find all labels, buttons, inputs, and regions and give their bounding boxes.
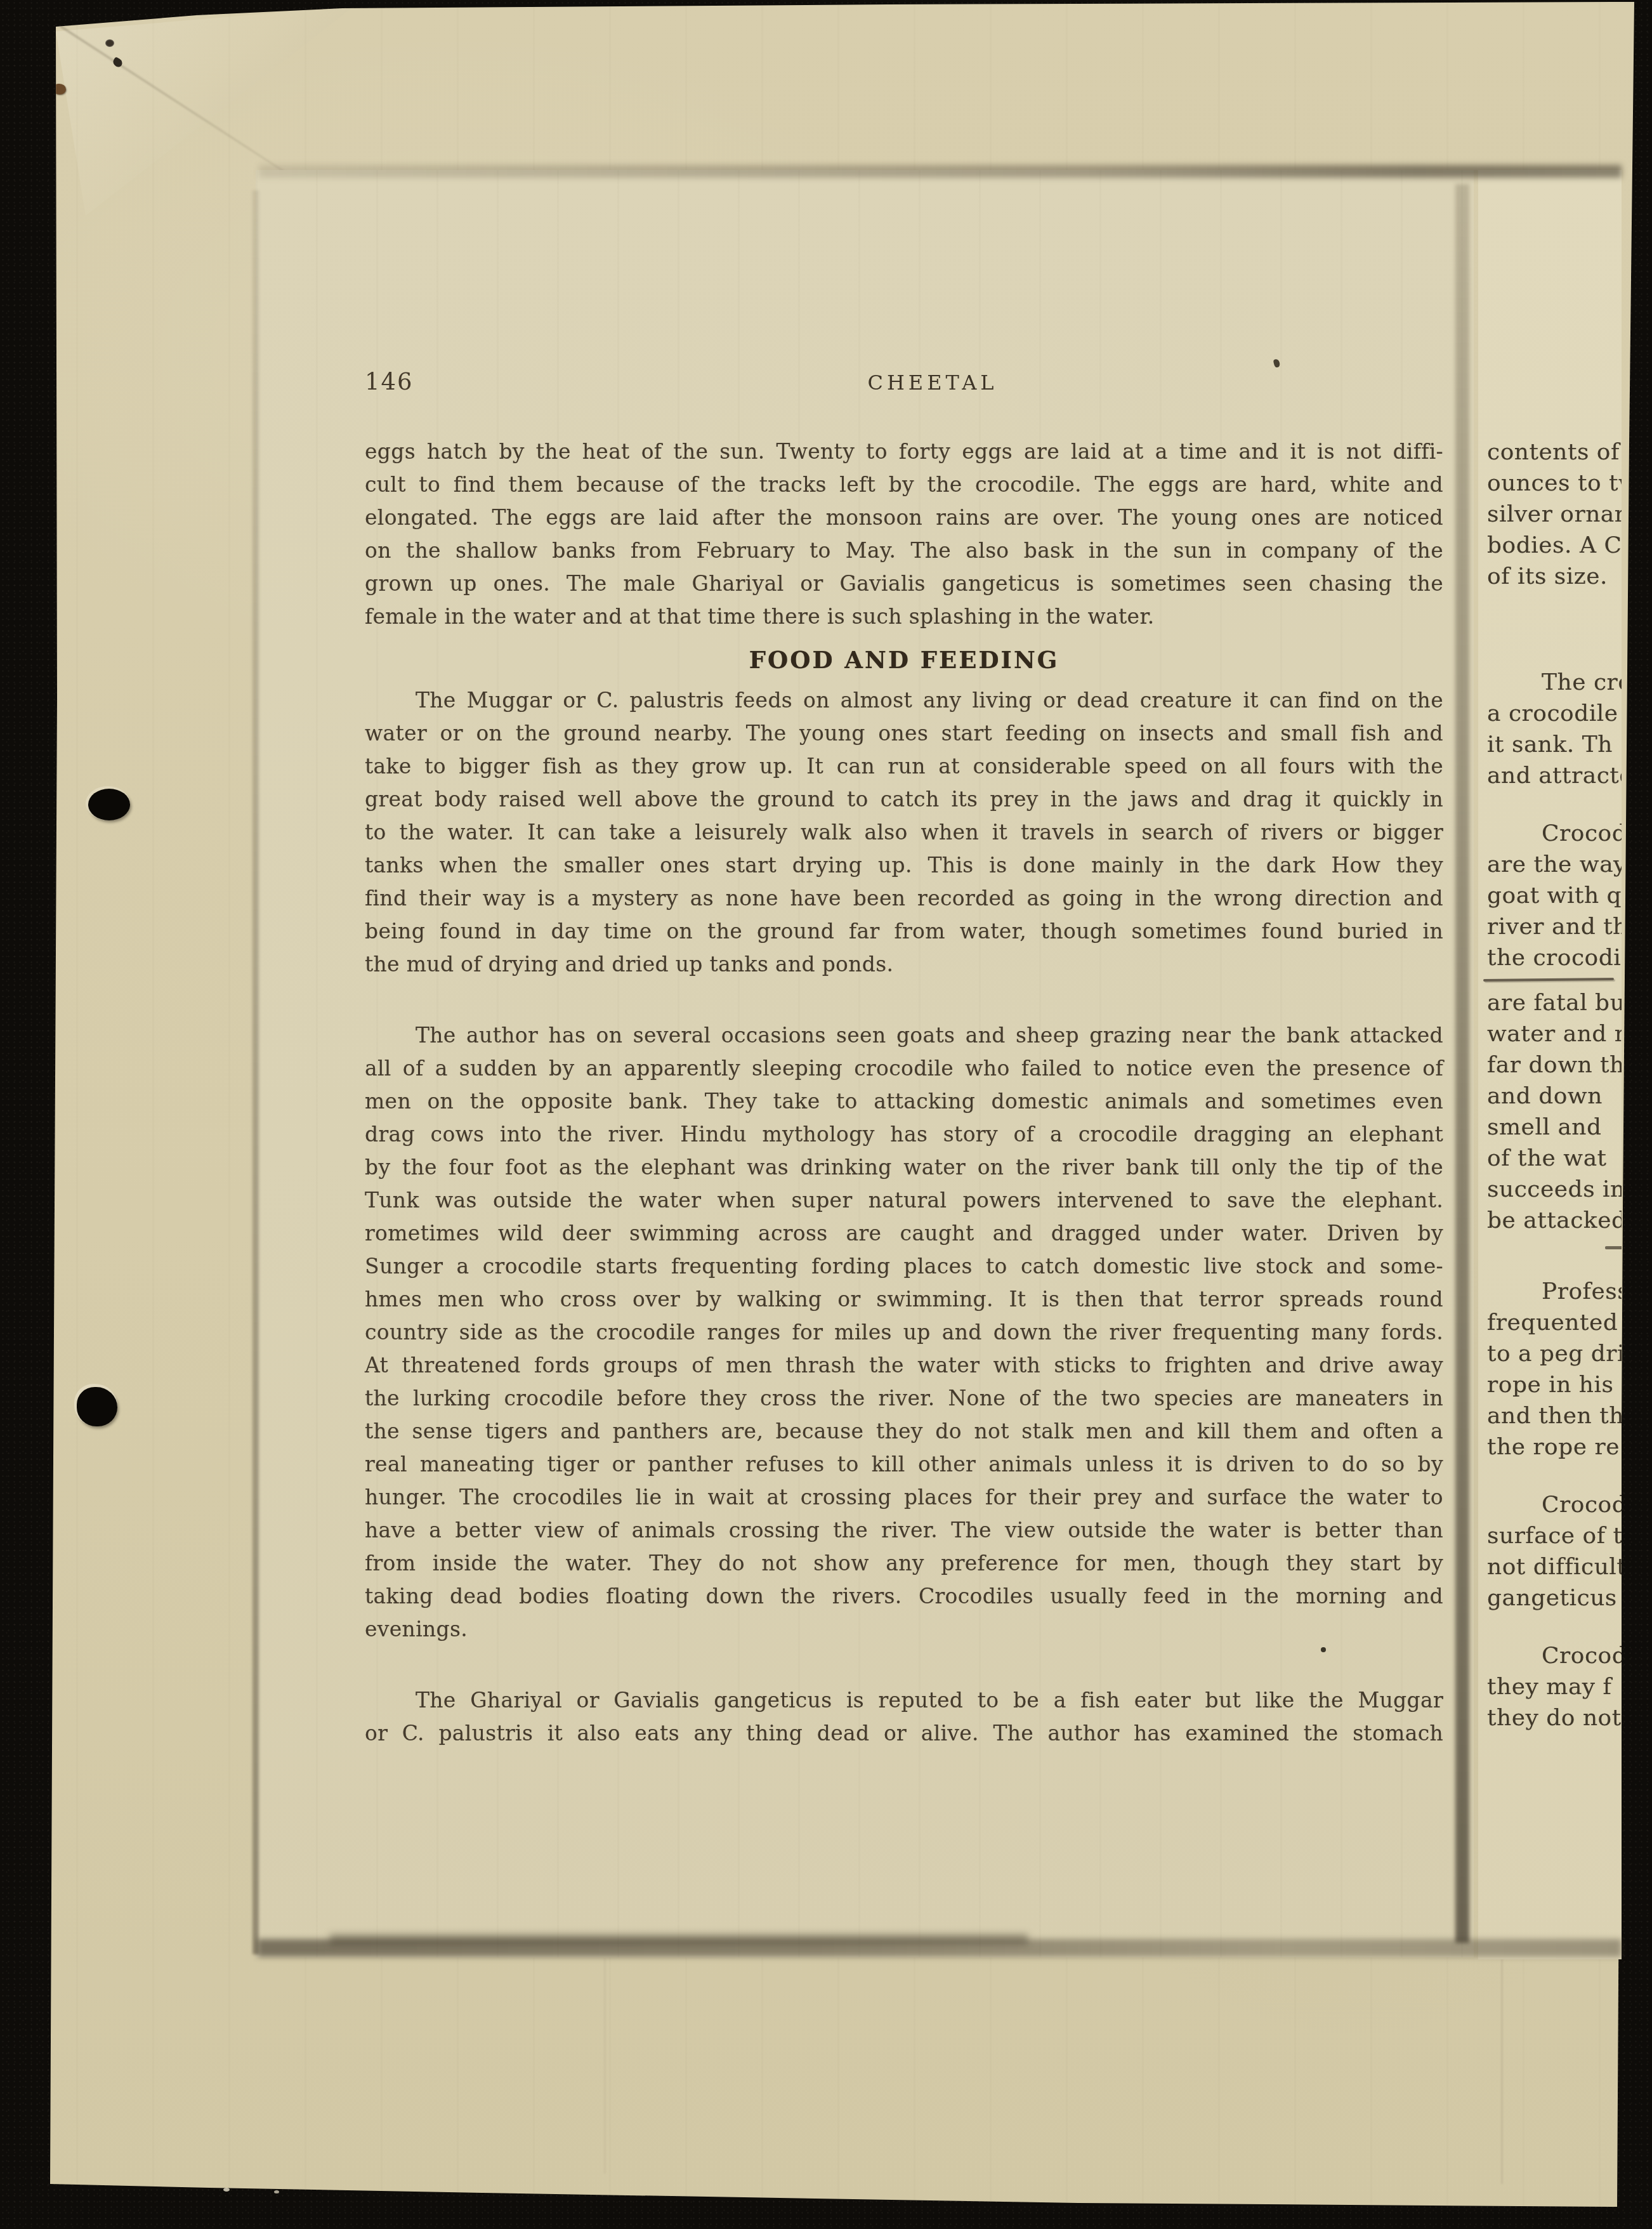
ink-speck [1321,1647,1326,1652]
text-line-fragment: gangeticus [1487,1582,1622,1614]
text-line-fragment: smell and [1487,1112,1622,1143]
text-line: The author has on several occasions seen… [365,1019,1443,1052]
text-line: find their way is a mystery as none have… [365,882,1443,915]
text-line-fragment: contents of s [1487,437,1622,468]
text-line-fragment: Crocod [1487,1489,1622,1520]
text-line: or C. palustris it also eats any thing d… [365,1717,1443,1750]
text-line: Sunger a crocodile starts frequenting fo… [365,1250,1443,1283]
paragraph: The author has on several occasions seen… [365,1019,1443,1646]
text-line: female in the water and at that time the… [365,600,1443,633]
text-line: take to bigger fish as they grow up. It … [365,750,1443,783]
text-line-fragment: the crocodile [1487,942,1622,973]
punch-hole [77,1387,117,1426]
paper-speck [223,2188,230,2192]
text-line-fragment: bodies. A C [1487,530,1622,561]
text-line-fragment: and attracte [1487,760,1622,791]
text-line-fragment: water and m [1487,1018,1622,1049]
text-line: men on the opposite bank. They take to a… [365,1085,1443,1118]
ink-rule [1483,978,1614,982]
text-line-fragment: far down th [1487,1049,1622,1081]
text-line-fragment: silver ornam [1487,499,1622,530]
journal-page: 146 CHEETAL eggs hatch by the heat of th… [256,170,1474,1957]
text-line-fragment: to a peg dri [1487,1338,1622,1369]
text-line-fragment: of the wat [1487,1143,1622,1174]
punch-hole [88,789,130,820]
section-heading: FOOD AND FEEDING [365,643,1443,676]
paper-speck [53,84,66,95]
text-line: have a better view of animals crossing t… [365,1514,1443,1547]
paragraph: eggs hatch by the heat of the sun. Twent… [365,435,1443,633]
text-line-fragment: goat with qu [1487,880,1622,911]
text-line-fragment: Professi [1487,1276,1622,1307]
paper-speck [274,2190,279,2193]
text-line-fragment: they do not [1487,1702,1622,1733]
text-line: water or on the ground nearby. The young… [365,717,1443,750]
paper-streak [604,1958,606,2174]
text-line-fragment: a crocodile i [1487,698,1622,729]
text-line-fragment: ounces to tw [1487,468,1622,499]
text-line: country side as the crocodile ranges for… [365,1316,1443,1349]
text-line-fragment: The cro [1487,667,1622,698]
text-line: real maneating tiger or panther refuses … [365,1448,1443,1481]
text-line: great body raised well above the ground … [365,783,1443,816]
body-text: eggs hatch by the heat of the sun. Twent… [365,435,1443,1750]
text-line: all of a sudden by an apparently sleepin… [365,1052,1443,1085]
text-line: the sense tigers and panthers are, becau… [365,1415,1443,1448]
text-line: the mud of drying and dried up tanks and… [365,948,1443,981]
text-line-fragment: Crocod [1487,818,1622,849]
text-line: hunger. The crocodiles lie in wait at cr… [365,1481,1443,1514]
text-line: elongated. The eggs are laid after the m… [365,501,1443,534]
text-line: eggs hatch by the heat of the sun. Twent… [365,435,1443,468]
text-line: At threatened fords groups of men thrash… [365,1349,1443,1382]
text-line-fragment: are fatal but [1487,987,1622,1018]
text-line-fragment: be attacked [1487,1205,1622,1236]
text-line: being found in day time on the ground fa… [365,915,1443,948]
text-line: Tunk was outside the water when super na… [365,1184,1443,1217]
text-line: hmes men who cross over by walking or sw… [365,1283,1443,1316]
text-line-fragment: rope in his [1487,1369,1622,1400]
text-line: evenings. [365,1613,1443,1646]
text-line: The Muggar or C. palustris feeds on almo… [365,684,1443,717]
text-line: drag cows into the river. Hindu mytholog… [365,1118,1443,1151]
text-line-fragment: Crocod [1487,1640,1622,1671]
text-line-fragment: succeeds in [1487,1174,1622,1205]
paper-streak [1501,1958,1503,2184]
text-line-fragment: it sank. Th [1487,729,1622,760]
text-line-fragment: surface of th [1487,1520,1622,1551]
text-line: The Ghariyal or Gavialis gangeticus is r… [365,1684,1443,1717]
text-line: tanks when the smaller ones start drying… [365,849,1443,882]
ink-dash [1605,1246,1622,1249]
running-title: CHEETAL [365,371,1500,395]
text-line-fragment: and down [1487,1081,1622,1112]
text-line-fragment: not difficult [1487,1551,1622,1582]
text-line-fragment: of its size. [1487,561,1622,592]
text-line: taking dead bodies floating down the riv… [365,1580,1443,1613]
paragraph: The Muggar or C. palustris feeds on almo… [365,684,1443,981]
text-line-fragment: river and th [1487,911,1622,942]
adjacent-page-text: contents of sounces to twsilver ornambod… [1487,437,1622,1733]
text-line-fragment: the rope re [1487,1431,1622,1463]
text-line: grown up ones. The male Ghariyal or Gavi… [365,567,1443,600]
adjacent-page-fragment: contents of sounces to twsilver ornambod… [1478,170,1622,1959]
paper-speck [105,39,114,47]
text-line: by the four foot as the elephant was dri… [365,1151,1443,1184]
page-header: 146 CHEETAL [365,368,1443,401]
text-line: on the shallow banks from February to Ma… [365,534,1443,567]
text-line: the lurking crocodile before they cross … [365,1382,1443,1415]
paragraph: The Ghariyal or Gavialis gangeticus is r… [365,1684,1443,1750]
scanner-background: 146 CHEETAL eggs hatch by the heat of th… [0,0,1652,2229]
text-line-fragment: are the ways [1487,849,1622,880]
text-line: to the water. It can take a leisurely wa… [365,816,1443,849]
text-line-fragment: they may f [1487,1671,1622,1702]
text-line: from inside the water. They do not show … [365,1547,1443,1580]
text-line: cult to find them because of the tracks … [365,468,1443,501]
text-line-fragment: and then th [1487,1400,1622,1431]
text-line: rometimes wild deer swimming across are … [365,1217,1443,1250]
text-line-fragment: frequented l [1487,1307,1622,1338]
